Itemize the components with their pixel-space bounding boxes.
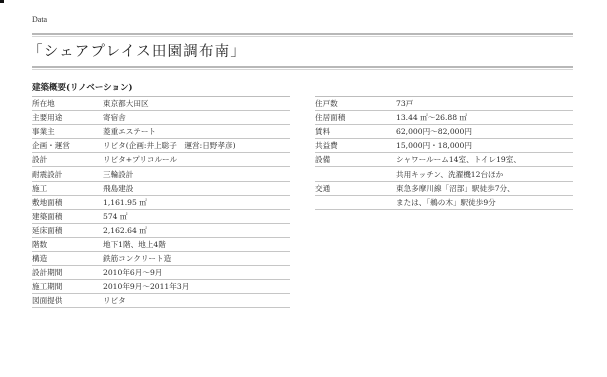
table-row: 設計リビタ+プリコルール <box>32 153 290 167</box>
table-row: 主要用途寄宿舎 <box>32 111 290 125</box>
row-label: 耐震設計 <box>32 169 103 180</box>
row-value: 菱重エステート <box>103 126 156 137</box>
table-row: または、「鵜の木」駅徒歩9分 <box>315 196 573 210</box>
table-row: 企画・運営リビタ(企画:井上聡子 運営:日野孝彦) <box>32 139 290 153</box>
row-value: 73戸 <box>396 98 413 109</box>
table-row: 建築面積574 ㎡ <box>32 210 290 224</box>
row-value: リビタ+プリコルール <box>103 154 177 165</box>
table-row: 事業主菱重エステート <box>32 125 290 139</box>
row-value: 2010年6月〜9月 <box>103 267 162 278</box>
table-row: 交通東急多摩川線「沼部」駅徒歩7分、 <box>315 182 573 196</box>
row-value: 1,161.95 ㎡ <box>103 197 147 208</box>
row-value: 鉄筋コンクリート造 <box>103 253 171 264</box>
row-value: 2,162.64 ㎡ <box>103 225 147 236</box>
table-row: 階数地下1階、地上4階 <box>32 238 290 252</box>
table-row: 設計期間2010年6月〜9月 <box>32 266 290 280</box>
row-value: 共用キッチン、洗濯機12台ほか <box>396 169 503 180</box>
row-value: 2010年9月〜2011年3月 <box>103 281 189 292</box>
row-value: 15,000円・18,000円 <box>396 140 472 151</box>
row-value: 三輪設計 <box>103 169 133 180</box>
row-value: リビタ <box>103 295 126 306</box>
row-label: 所在地 <box>32 98 103 109</box>
unit-info-table: 住戸数73戸 住居面積13.44 ㎡〜26.88 ㎡ 賃料62,000円〜82,… <box>315 96 573 210</box>
table-row: 施工期間2010年9月〜2011年3月 <box>32 280 290 294</box>
row-value: リビタ(企画:井上聡子 運営:日野孝彦) <box>103 140 236 151</box>
row-label: 敷地面積 <box>32 197 103 208</box>
row-label: 延床面積 <box>32 225 103 236</box>
row-value: 地下1階、地上4階 <box>103 239 166 250</box>
table-row: 共用キッチン、洗濯機12台ほか <box>315 167 573 181</box>
divider-title <box>32 66 573 70</box>
table-row: 図面提供リビタ <box>32 294 290 308</box>
row-label: 住戸数 <box>315 98 396 109</box>
row-label: 建築面積 <box>32 211 103 222</box>
row-value: 62,000円〜82,000円 <box>396 126 472 137</box>
row-value: 13.44 ㎡〜26.88 ㎡ <box>396 112 467 123</box>
row-value: 寄宿舎 <box>103 112 126 123</box>
row-label: 図面提供 <box>32 295 103 306</box>
table-row: 所在地東京都大田区 <box>32 97 290 111</box>
table-row: 住戸数73戸 <box>315 97 573 111</box>
row-label: 構造 <box>32 253 103 264</box>
page-title: 「シェアプレイス田園調布南」 <box>28 40 246 61</box>
row-label: 企画・運営 <box>32 140 103 151</box>
row-label: 交通 <box>315 183 396 194</box>
table-row: 設備シャワールーム14室、トイレ19室、 <box>315 153 573 167</box>
row-label: 設計期間 <box>32 267 103 278</box>
row-label: 設備 <box>315 154 396 165</box>
table-row: 延床面積2,162.64 ㎡ <box>32 224 290 238</box>
table-row: 耐震設計三輪設計 <box>32 167 290 181</box>
row-label: 施工期間 <box>32 281 103 292</box>
row-value: シャワールーム14室、トイレ19室、 <box>396 154 521 165</box>
row-value: 574 ㎡ <box>103 211 128 222</box>
row-value: 東京都大田区 <box>103 98 149 109</box>
table-row: 施工飛島建設 <box>32 182 290 196</box>
table-heading: 建築概要(リノベーション) <box>32 81 133 93</box>
table-row: 敷地面積1,161.95 ㎡ <box>32 196 290 210</box>
row-label: 共益費 <box>315 140 396 151</box>
row-value: 飛島建設 <box>103 183 133 194</box>
table-row: 賃料62,000円〜82,000円 <box>315 125 573 139</box>
divider-top <box>32 33 573 37</box>
section-label: Data <box>32 15 47 24</box>
table-row: 構造鉄筋コンクリート造 <box>32 252 290 266</box>
table-row: 住居面積13.44 ㎡〜26.88 ㎡ <box>315 111 573 125</box>
row-value: または、「鵜の木」駅徒歩9分 <box>396 197 496 208</box>
row-value: 東急多摩川線「沼部」駅徒歩7分、 <box>396 183 515 194</box>
row-label: 設計 <box>32 154 103 165</box>
row-label: 施工 <box>32 183 103 194</box>
row-label: 事業主 <box>32 126 103 137</box>
row-label: 賃料 <box>315 126 396 137</box>
row-label: 主要用途 <box>32 112 103 123</box>
table-row: 共益費15,000円・18,000円 <box>315 139 573 153</box>
row-label: 住居面積 <box>315 112 396 123</box>
row-label: 階数 <box>32 239 103 250</box>
building-overview-table: 所在地東京都大田区 主要用途寄宿舎 事業主菱重エステート 企画・運営リビタ(企画… <box>32 96 290 308</box>
corner-mark <box>0 0 4 3</box>
